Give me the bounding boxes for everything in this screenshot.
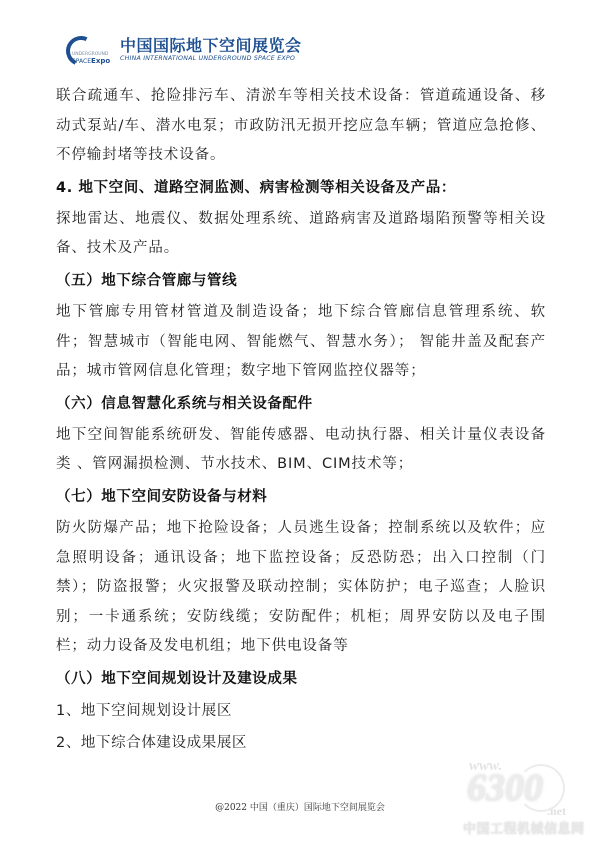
logo-text-expo: Expo [91,57,110,65]
brand-title-cn: 中国国际地下空间展览会 [120,37,302,55]
logo-text-space: SPACE [72,58,91,65]
brand-title-en: CHINA INTERNATIONAL UNDERGROUND SPACE EX… [120,55,302,63]
watermark-cn: 中国工程机械信息网 [463,818,585,837]
heading-8-planning: （八）地下空间规划设计及建设成果 [56,664,546,694]
heading-6-smart-systems: （六）信息智慧化系统与相关设备配件 [56,389,546,419]
paragraph-utility-tunnel: 地下管廊专用管材管道及制造设备；地下综合管廊信息管理系统、软件；智慧城市（智能电… [56,298,546,387]
list-item: 1、地下空间规划设计展区 [56,696,546,726]
brand-title: 中国国际地下空间展览会 CHINA INTERNATIONAL UNDERGRO… [120,37,302,63]
watermark-number: 6300 [467,766,543,810]
page-header: UNDERGROUND SPACEExpo 中国国际地下空间展览会 CHINA … [64,34,302,66]
heading-4-monitoring: 4. 地下空间、道路空洞监测、病害检测等相关设备及产品： [56,173,546,203]
document-body: 联合疏通车、抢险排污车、清淤车等相关技术设备：管道疏通设备、移动式泵站/车、潜水… [56,82,546,760]
heading-7-security: （七）地下空间安防设备与材料 [56,482,546,512]
paragraph-monitoring-devices: 探地雷达、地震仪、数据处理系统、道路病害及道路塌陷预警等相关设备、技术及产品。 [56,205,546,264]
heading-5-utility-tunnel: （五）地下综合管廊与管线 [56,266,546,296]
paragraph-smart-systems: 地下空间智能系统研发、智能传感器、电动执行器、相关计量仪表设备类 、管网漏损检测… [56,421,546,480]
paragraph-dredging-equipment: 联合疏通车、抢险排污车、清淤车等相关技术设备：管道疏通设备、移动式泵站/车、潜水… [56,82,546,171]
logo-text-line2: SPACEExpo [72,57,110,65]
underground-space-expo-logo: UNDERGROUND SPACEExpo [64,35,114,65]
site-watermark: www. 6300 .net 中国工程机械信息网 [455,752,595,842]
paragraph-security: 防火防爆产品；地下抢险设备；人员逃生设备；控制系统以及软件；应急照明设备；通讯设… [56,514,546,662]
watermark-net: .net [547,804,566,819]
